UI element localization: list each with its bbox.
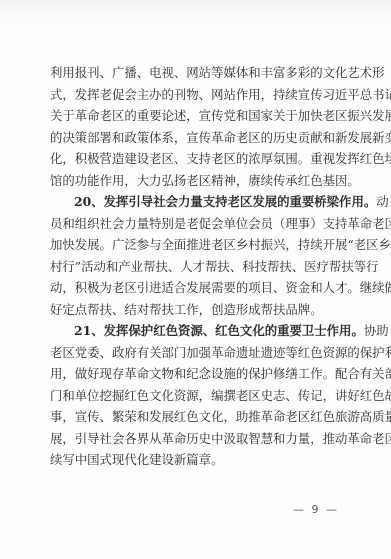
- document-page: 利用报刊、广播、电视、网站等媒体和丰富多彩的文化艺术形 式，发挥老促会主办的刊物…: [0, 0, 391, 559]
- section-heading-20: 20、发挥引导社会力量支持老区发展的重要桥梁作用。: [74, 194, 376, 209]
- text-line: 展，引导社会各界从革命历史中汲取智慧和力量，推动革命老区: [50, 428, 344, 450]
- text-line: 利用报刊、广播、电视、网站等媒体和丰富多彩的文化艺术形: [50, 62, 344, 84]
- text-line: 馆的功能作用，大力弘扬老区精神，赓续传承红色基因。: [50, 170, 344, 192]
- text-line: 事，宣传、繁荣和发展红色文化，助推革命老区红色旅游高质量发: [50, 406, 344, 428]
- text-line: 好定点帮扶、结对帮扶工作，创造形成帮扶品牌。: [50, 299, 344, 321]
- text-line: 关于革命老区的重要论述，宣传党和国家关于加快老区振兴发展: [50, 105, 344, 127]
- text-line: 加快发展。广泛参与全面推进老区乡村振兴，持续开展“老区乡: [50, 234, 344, 256]
- section-heading-21: 21、发挥保护红色资源、红色文化的重要卫士作用。: [74, 323, 364, 338]
- text-line: 员和组织社会力量特别是老促会单位会员（理事）支持革命老区: [50, 213, 344, 235]
- text-line: 动，积极为老区引进适合发展需要的项目、资金和人才。继续做: [50, 277, 344, 299]
- text-line: 化，积极营造建设老区、支持老区的浓厚氛围。重视发挥红色场: [50, 148, 344, 170]
- paragraph-20-first-line: 20、发挥引导社会力量支持老区发展的重要桥梁作用。动: [50, 191, 344, 213]
- page-number: — 9 —: [293, 503, 339, 516]
- text-line: 续写中国式现代化建设新篇章。: [50, 449, 344, 471]
- text-line: 的决策部署和政策体系，宣传革命老区的历史贡献和新发展新变: [50, 127, 344, 149]
- document-body: 利用报刊、广播、电视、网站等媒体和丰富多彩的文化艺术形 式，发挥老促会主办的刊物…: [50, 62, 344, 471]
- text-line: 式，发挥老促会主办的刊物、网站作用，持续宣传习近平总书记: [50, 84, 344, 106]
- text-fragment: 动: [376, 194, 388, 209]
- text-fragment: 协助: [364, 323, 389, 338]
- text-line: 门和单位挖掘红色文化资源，编撰老区史志、传记，讲好红色故: [50, 385, 344, 407]
- paragraph-21-first-line: 21、发挥保护红色资源、红色文化的重要卫士作用。协助: [50, 320, 344, 342]
- text-line: 村行”活动和产业帮扶、人才帮扶、科技帮扶、医疗帮扶等行: [50, 256, 344, 278]
- text-line: 用，做好现存革命文物和纪念设施的保护修缮工作。配合有关部: [50, 363, 344, 385]
- text-line: 老区党委、政府有关部门加强革命遗址遗迹等红色资源的保护利: [50, 342, 344, 364]
